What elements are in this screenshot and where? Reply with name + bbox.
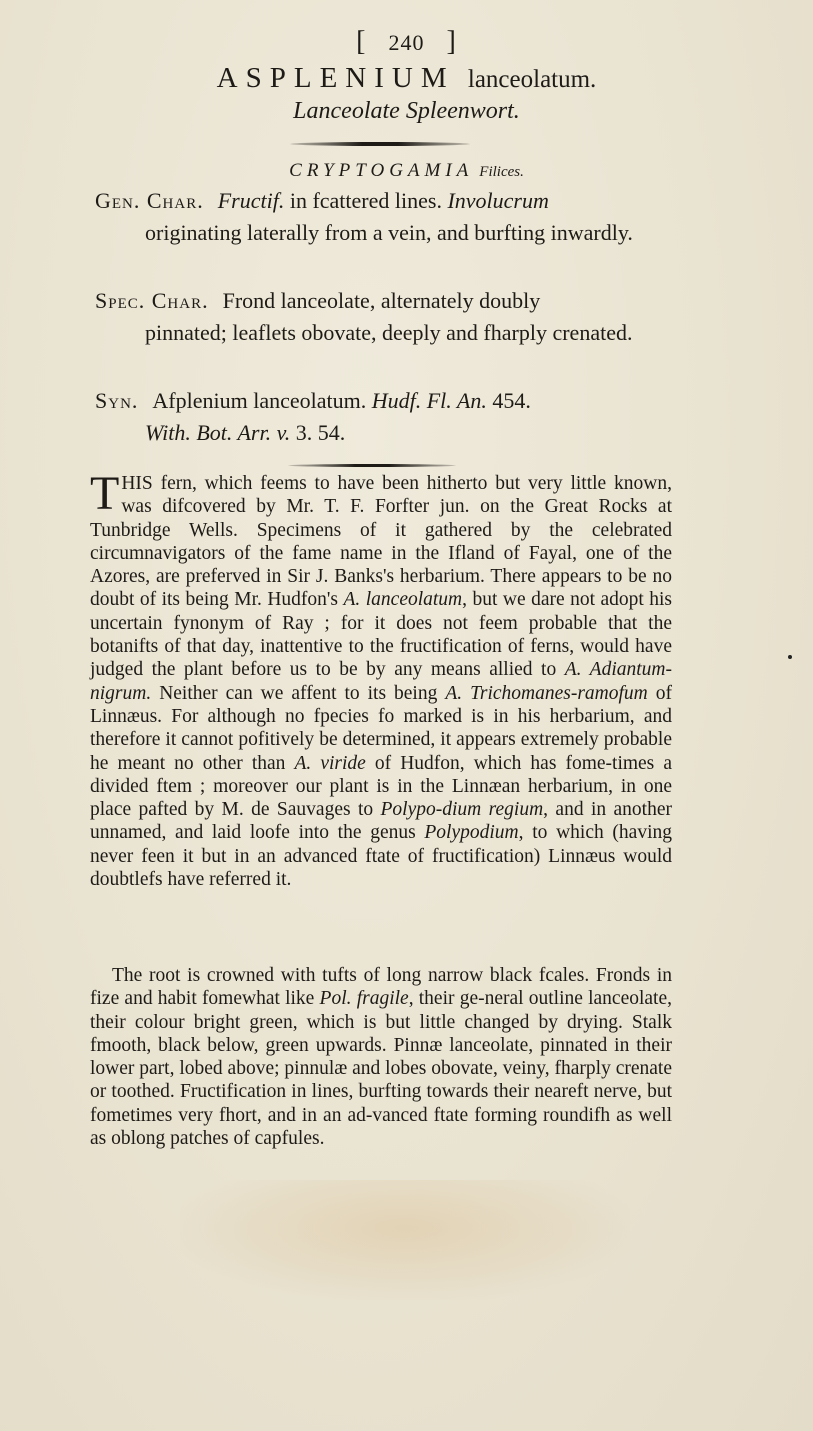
- syn-ref-hudson: Hudf. Fl. An.: [372, 388, 487, 413]
- italic-run: A. lanceolatum: [344, 589, 463, 610]
- order-name: Filices.: [479, 164, 524, 180]
- common-name: Lanceolate Spleenwort.: [0, 98, 813, 125]
- gen-char-italic-1: Fructif.: [218, 188, 285, 213]
- classification: CRYPTOGAMIAFilices.: [0, 160, 813, 182]
- paper-stain: [180, 1180, 630, 1300]
- gen-char-italic-2: Involucrum: [447, 188, 548, 213]
- italic-run: A. viride: [294, 753, 365, 774]
- book-page: [240] ASPLENIUM lanceolatum. Lanceolate …: [0, 0, 813, 1431]
- drop-cap: T: [90, 472, 119, 514]
- bracket-right: ]: [447, 26, 457, 57]
- text-run: Neither can we affent to its being: [151, 683, 445, 704]
- gen-char-text-1: in fcattered lines.: [284, 188, 447, 213]
- gen-char-text-2: originating laterally from a vein, and b…: [95, 217, 675, 249]
- spec-char-text-1: Frond lanceolate, alternately doubly: [223, 288, 541, 313]
- bracket-left: [: [356, 26, 366, 57]
- species-title: ASPLENIUM lanceolatum.: [0, 62, 813, 95]
- page-number: [240]: [0, 26, 813, 58]
- syn-ref-withering: With. Bot. Arr. v.: [145, 420, 290, 445]
- genus-name: ASPLENIUM: [217, 62, 455, 94]
- syn-label: Syn.: [95, 388, 138, 413]
- syn-ref-withering-page: 3. 54.: [290, 420, 345, 445]
- section-divider: [288, 464, 456, 467]
- paragraph-history: THIS fern, which feems to have been hith…: [90, 472, 672, 891]
- synonymy: Syn.Afplenium lanceolatum. Hudf. Fl. An.…: [95, 385, 675, 449]
- generic-character: Gen. Char.Fructif. in fcattered lines. I…: [95, 185, 675, 249]
- syn-text: Afplenium lanceolatum.: [152, 388, 371, 413]
- species-name: lanceolatum.: [468, 66, 596, 93]
- spec-char-label: Spec. Char.: [95, 288, 209, 313]
- italic-run: Polypodium: [424, 822, 518, 843]
- class-name: CRYPTOGAMIA: [289, 160, 473, 181]
- title-divider: [290, 142, 470, 146]
- italic-run: Pol. fragile: [320, 988, 409, 1009]
- specific-character: Spec. Char.Frond lanceolate, alternately…: [95, 285, 675, 349]
- page-number-value: 240: [389, 30, 425, 55]
- italic-run: A. Trichomanes-ramofum: [445, 683, 647, 704]
- syn-ref-hudson-page: 454.: [487, 388, 531, 413]
- ink-speck: [788, 655, 792, 659]
- italic-run: Polypo-dium regium: [381, 799, 544, 820]
- text-run: , their ge-neral outline lanceolate, the…: [90, 988, 672, 1149]
- spec-char-text-2: pinnated; leaflets obovate, deeply and f…: [95, 317, 675, 349]
- paragraph-description: The root is crowned with tufts of long n…: [90, 964, 672, 1150]
- gen-char-label: Gen. Char.: [95, 188, 204, 213]
